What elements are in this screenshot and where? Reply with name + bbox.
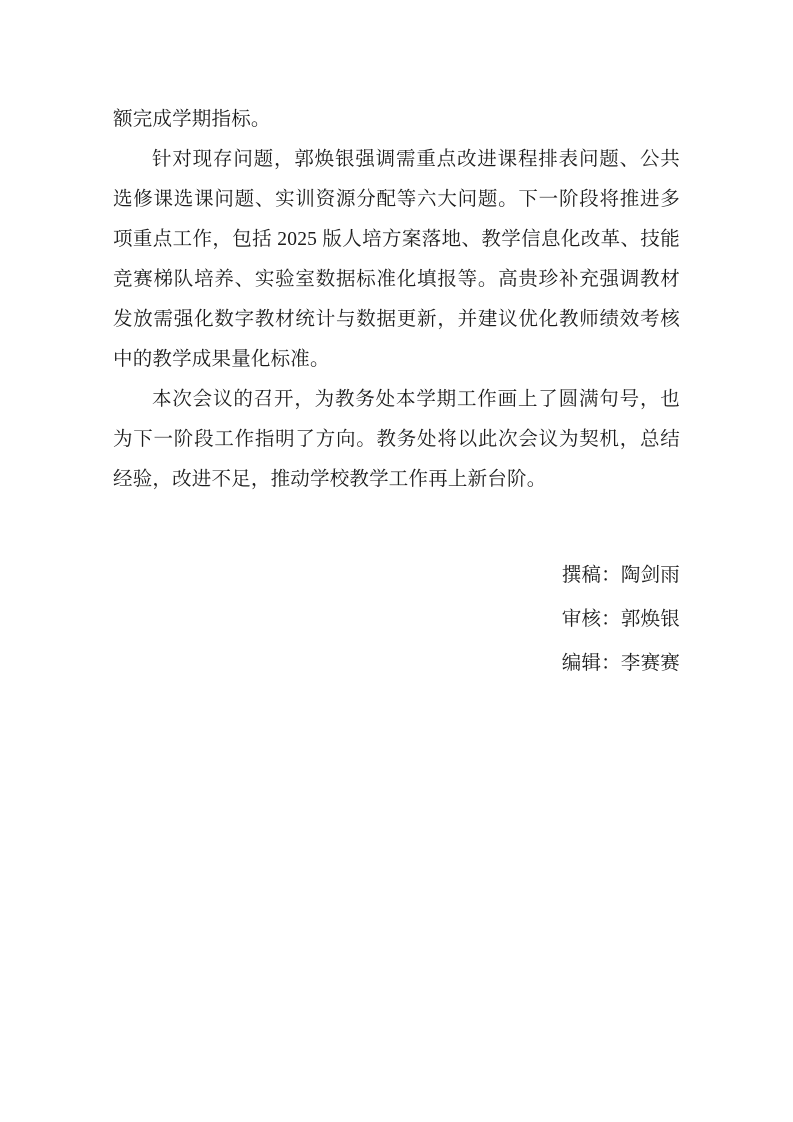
paragraph-issues-and-plans: 针对现存问题，郭焕银强调需重点改进课程排表问题、公共选修课选课问题、实训资源分配… — [113, 140, 680, 380]
signature-reviewer-label: 审核： — [562, 609, 621, 630]
signature-editor-label: 编辑： — [562, 653, 621, 674]
signature-line-editor: 编辑：李赛赛 — [113, 642, 680, 686]
document-content: 额完成学期指标。 针对现存问题，郭焕银强调需重点改进课程排表问题、公共选修课选课… — [113, 100, 680, 686]
signature-editor-name: 李赛赛 — [621, 653, 680, 674]
signature-line-writer: 撰稿：陶剑雨 — [113, 554, 680, 598]
signature-block: 撰稿：陶剑雨 审核：郭焕银 编辑：李赛赛 — [113, 554, 680, 686]
signature-writer-label: 撰稿： — [562, 565, 621, 586]
document-page: 额完成学期指标。 针对现存问题，郭焕银强调需重点改进课程排表问题、公共选修课选课… — [0, 0, 793, 1122]
signature-line-reviewer: 审核：郭焕银 — [113, 598, 680, 642]
signature-writer-name: 陶剑雨 — [621, 565, 680, 586]
signature-reviewer-name: 郭焕银 — [621, 609, 680, 630]
paragraph-conclusion: 本次会议的召开，为教务处本学期工作画上了圆满句号，也为下一阶段工作指明了方向。教… — [113, 380, 680, 500]
paragraph-continuation: 额完成学期指标。 — [113, 100, 680, 140]
